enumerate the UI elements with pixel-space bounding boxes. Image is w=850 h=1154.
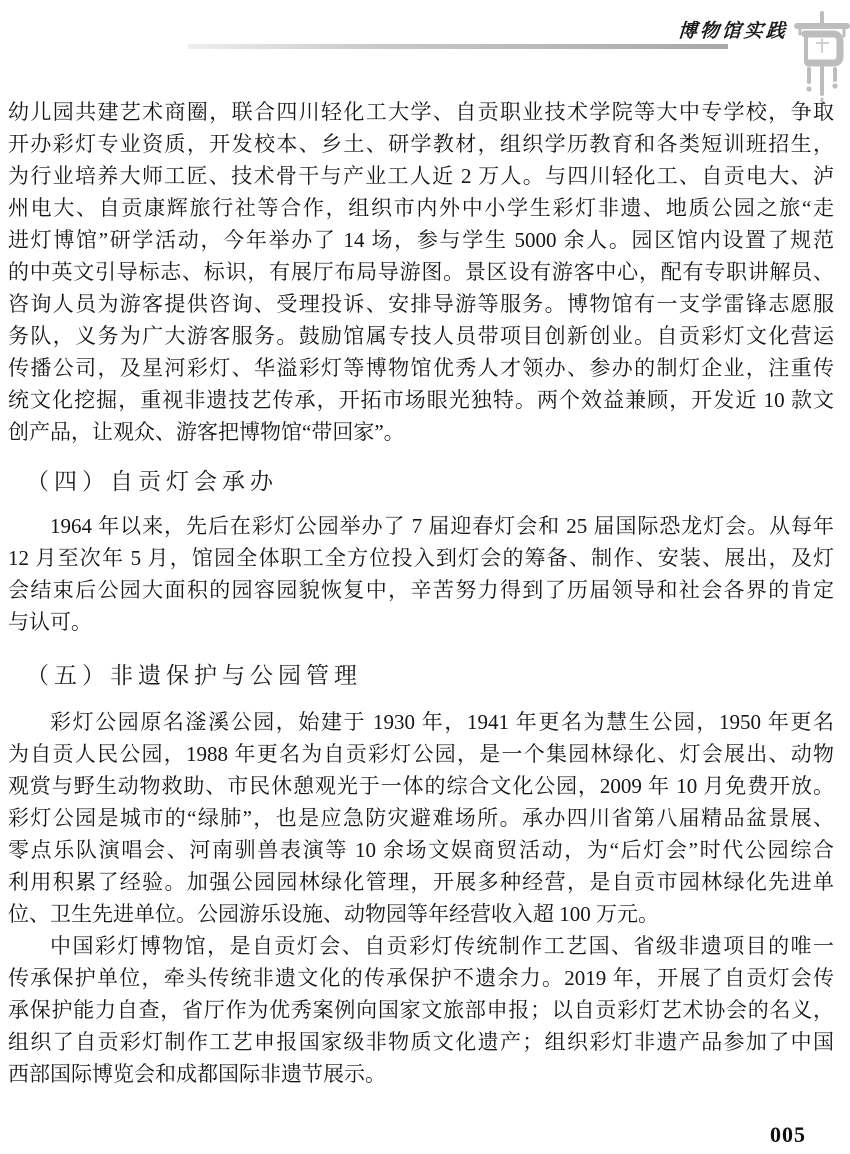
text-line: 务队，义务为广大游客服务。鼓励馆属专技人员带项目创新创业。自贡彩灯文化营运 bbox=[8, 320, 834, 352]
text-line: 州电大、自贡康辉旅行社等合作，组织市内外中小学生彩灯非遗、地质公园之旅“走 bbox=[8, 192, 834, 224]
text-line: 为行业培养大师工匠、技术骨干与产业工人近 2 万人。与四川轻化工、自贡电大、泸 bbox=[8, 160, 834, 192]
text-line: 创产品，让观众、游客把博物馆“带回家”。 bbox=[8, 416, 834, 448]
text-line: 组织了自贡彩灯制作工艺申报国家级非物质文化遗产；组织彩灯非遗产品参加了中国 bbox=[8, 1026, 834, 1058]
text-line: 利用积累了经验。加强公园园林绿化管理，开展多种经营，是自贡市园林绿化先进单 bbox=[8, 866, 834, 898]
text-line: 为自贡人民公园，1988 年更名为自贡彩灯公园，是一个集园林绿化、灯会展出、动物 bbox=[8, 738, 834, 770]
text-line: 的中英文引导标志、标识，有展厅布局导游图。景区设有游客中心，配有专职讲解员、 bbox=[8, 256, 834, 288]
text-line: 开办彩灯专业资质，开发校本、乡土、研学教材，组织学历教育和各类短训班招生， bbox=[8, 128, 834, 160]
section-heading-4: （四）自贡灯会承办 bbox=[8, 464, 834, 498]
text-line: 统文化挖掘，重视非遗技艺传承，开拓市场眼光独特。两个效益兼顾，开发近 10 款文 bbox=[8, 384, 834, 416]
section-heading-5: （五）非遗保护与公园管理 bbox=[8, 658, 834, 692]
text-line: 传承保护单位，牵头传统非遗文化的传承保护不遗余力。2019 年，开展了自贡灯会传 bbox=[8, 962, 834, 994]
paragraph-continuation: 幼儿园共建艺术商圈，联合四川轻化工大学、自贡职业技术学院等大中专学校，争取 开办… bbox=[8, 96, 834, 448]
text-line: 12 月至次年 5 月，馆园全体职工全方位投入到灯会的筹备、制作、安装、展出，及… bbox=[8, 542, 834, 574]
lantern-seal-icon bbox=[792, 10, 850, 106]
running-title: 博物馆实践 bbox=[677, 16, 789, 43]
page-number: 005 bbox=[770, 1122, 806, 1148]
paragraph-park-history: 彩灯公园原名滏溪公园，始建于 1930 年，1941 年更名为慧生公园，1950… bbox=[8, 706, 834, 930]
text-line: 传播公司，及星河彩灯、华溢彩灯等博物馆优秀人才领办、参办的制灯企业，注重传 bbox=[8, 352, 834, 384]
page-body: 幼儿园共建艺术商圈，联合四川轻化工大学、自贡职业技术学院等大中专学校，争取 开办… bbox=[8, 96, 834, 1090]
text-line: 幼儿园共建艺术商圈，联合四川轻化工大学、自贡职业技术学院等大中专学校，争取 bbox=[8, 96, 834, 128]
text-line: 承保护能力自查，省厅作为优秀案例向国家文旅部申报；以自贡彩灯艺术协会的名义， bbox=[8, 994, 834, 1026]
paragraph-lantern-festival: 1964 年以来，先后在彩灯公园举办了 7 届迎春灯会和 25 届国际恐龙灯会。… bbox=[8, 510, 834, 638]
text-line: 位、卫生先进单位。公园游乐设施、动物园等年经营收入超 100 万元。 bbox=[8, 898, 834, 930]
paragraph-heritage-protection: 中国彩灯博物馆，是自贡灯会、自贡彩灯传统制作工艺国、省级非遗项目的唯一 传承保护… bbox=[8, 930, 834, 1090]
text-line: 进灯博馆”研学活动，今年举办了 14 场，参与学生 5000 余人。园区馆内设置… bbox=[8, 224, 834, 256]
text-line: 1964 年以来，先后在彩灯公园举办了 7 届迎春灯会和 25 届国际恐龙灯会。… bbox=[8, 510, 834, 542]
text-line: 零点乐队演唱会、河南驯兽表演等 10 余场文娱商贸活动，为“后灯会”时代公园综合 bbox=[8, 834, 834, 866]
header-divider-rule bbox=[188, 44, 728, 49]
text-line: 彩灯公园原名滏溪公园，始建于 1930 年，1941 年更名为慧生公园，1950… bbox=[8, 706, 834, 738]
text-line: 观赏与野生动物救助、市民休憩观光于一体的综合文化公园，2009 年 10 月免费… bbox=[8, 770, 834, 802]
book-page: 博物馆实践 bbox=[0, 0, 850, 1154]
text-line: 中国彩灯博物馆，是自贡灯会、自贡彩灯传统制作工艺国、省级非遗项目的唯一 bbox=[8, 930, 834, 962]
text-line: 会结束后公园大面积的园容园貌恢复中，辛苦努力得到了历届领导和社会各界的肯定 bbox=[8, 574, 834, 606]
text-line: 西部国际博览会和成都国际非遗节展示。 bbox=[8, 1058, 834, 1090]
running-header: 博物馆实践 bbox=[0, 0, 850, 110]
text-line: 彩灯公园是城市的“绿肺”，也是应急防灾避难场所。承办四川省第八届精品盆景展、 bbox=[8, 802, 834, 834]
text-line: 与认可。 bbox=[8, 606, 834, 638]
text-line: 咨询人员为游客提供咨询、受理投诉、安排导游等服务。博物馆有一支学雷锋志愿服 bbox=[8, 288, 834, 320]
